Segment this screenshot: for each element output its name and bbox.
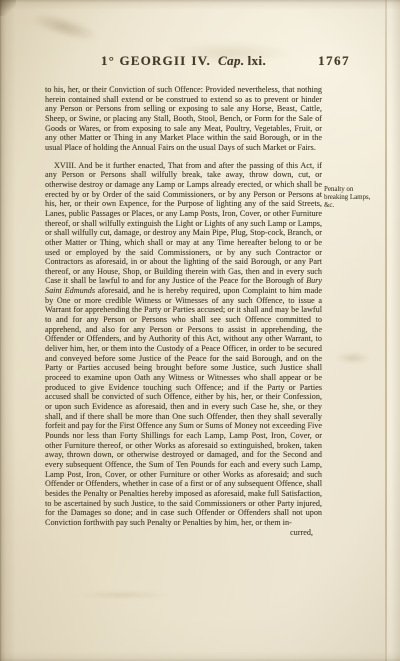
catchword: curred, [45, 528, 322, 538]
page-number: 1767 [318, 53, 350, 69]
section-xviii-paragraph: XVIII. And be it further enacted, That f… [45, 161, 322, 528]
section-paragraph-text: aforesaid, and he is hereby required, up… [45, 286, 322, 527]
margin-note: Penalty on breaking Lamps, &c. [324, 186, 374, 211]
page-edge-area [387, 0, 400, 661]
chapter-number: lxi. [248, 53, 267, 68]
running-header: 1° GEORGIIIV.Cap.lxi. [45, 53, 322, 69]
regnal-numeral: IV. [191, 53, 211, 68]
ink-bleedthrough-mark [328, 350, 378, 366]
page-edge-line [385, 0, 387, 661]
continuation-paragraph: to his, her, or their Conviction of such… [45, 85, 322, 153]
chapter-label: Cap. [218, 53, 245, 68]
regnal-citation: 1° GEORGII [101, 53, 186, 68]
body-text-block: to his, her, or their Conviction of such… [45, 85, 322, 537]
section-paragraph-text: XVIII. And be it further enacted, That f… [45, 161, 322, 286]
scan-corner-shadow [0, 0, 16, 16]
ink-bleedthrough-mark [58, 590, 188, 600]
scanned-statute-page: 1° GEORGIIIV.Cap.lxi. 1767 to his, her, … [0, 0, 400, 661]
paper-stain [14, 1, 113, 52]
